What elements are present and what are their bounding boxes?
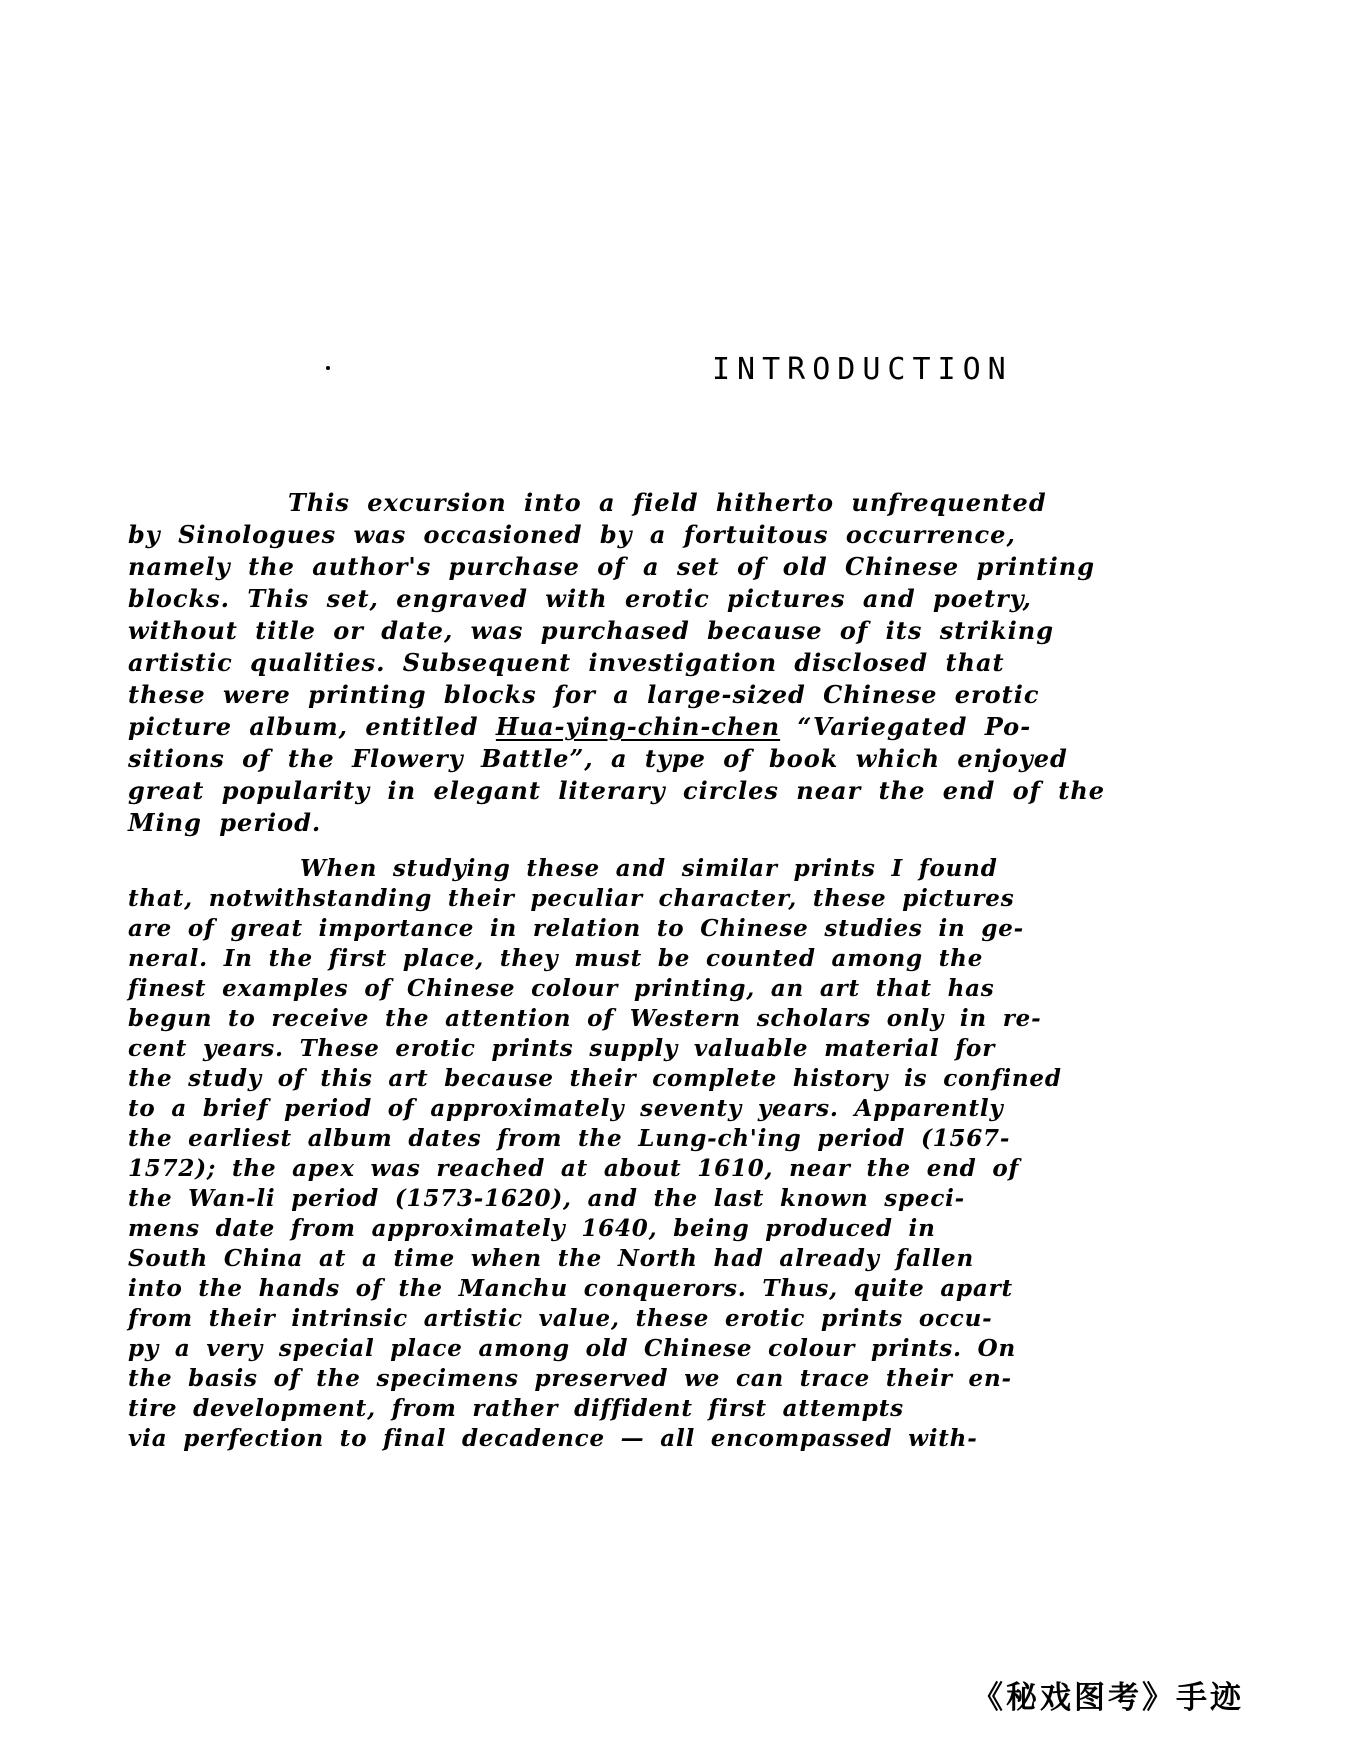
hua-ying-chin-chen-title: Hua-ying-chin-chen [496, 712, 780, 741]
manuscript-line: South China at a time when the North had… [128, 1244, 1098, 1274]
paragraph-1: This excursion into a field hitherto unf… [128, 487, 1088, 839]
manuscript-line: to a brief period of approximately seven… [128, 1094, 1098, 1124]
paragraph-2: When studying these and similar prints I… [128, 854, 1098, 1454]
manuscript-line: 1572); the apex was reached at about 161… [128, 1154, 1098, 1184]
page-title: INTRODUCTION [712, 352, 1013, 387]
manuscript-line-hua: picture album, entitled Hua-ying-chin-ch… [128, 711, 1088, 743]
manuscript-line: great popularity in elegant literary cir… [128, 775, 1088, 807]
manuscript-line: that, notwithstanding their peculiar cha… [128, 884, 1098, 914]
book-caption: 《秘戏图考》手迹 [972, 1672, 1244, 1717]
manuscript-line: When studying these and similar prints I… [128, 854, 1098, 884]
hua-line-post: “Variegated Po- [780, 712, 1031, 741]
manuscript-line: artistic qualities. Subsequent investiga… [128, 647, 1088, 679]
manuscript-line: from their intrinsic artistic value, the… [128, 1304, 1098, 1334]
manuscript-line: these were printing blocks for a large-s… [128, 679, 1088, 711]
manuscript-line: the earliest album dates from the Lung-c… [128, 1124, 1098, 1154]
manuscript-line: finest examples of Chinese colour printi… [128, 974, 1098, 1004]
manuscript-line: by Sinologues was occasioned by a fortui… [128, 519, 1088, 551]
manuscript-line: blocks. This set, engraved with erotic p… [128, 583, 1088, 615]
manuscript-line: the study of this art because their comp… [128, 1064, 1098, 1094]
manuscript-line: mens date from approximately 1640, being… [128, 1214, 1098, 1244]
manuscript-line: the basis of the specimens preserved we … [128, 1364, 1098, 1394]
manuscript-line: are of great importance in relation to C… [128, 914, 1098, 944]
manuscript-line: tire development, from rather diffident … [128, 1394, 1098, 1424]
manuscript-line: the Wan-li period (1573-1620), and the l… [128, 1184, 1098, 1214]
hua-line-pre: picture album, entitled [128, 712, 496, 741]
scan-speck [326, 366, 330, 370]
manuscript-line: neral. In the first place, they must be … [128, 944, 1098, 974]
manuscript-line: This excursion into a field hitherto unf… [128, 487, 1088, 519]
manuscript-line: cent years. These erotic prints supply v… [128, 1034, 1098, 1064]
manuscript-line: via perfection to final decadence — all … [128, 1424, 1098, 1454]
manuscript-line: without title or date, was purchased bec… [128, 615, 1088, 647]
manuscript-line: into the hands of the Manchu conquerors.… [128, 1274, 1098, 1304]
manuscript-line: py a very special place among old Chines… [128, 1334, 1098, 1364]
manuscript-line: sitions of the Flowery Battle”, a type o… [128, 743, 1088, 775]
manuscript-page: INTRODUCTION This excursion into a field… [0, 0, 1360, 1760]
manuscript-line: begun to receive the attention of Wester… [128, 1004, 1098, 1034]
manuscript-line: namely the author's purchase of a set of… [128, 551, 1088, 583]
manuscript-line: Ming period. [128, 807, 1088, 839]
